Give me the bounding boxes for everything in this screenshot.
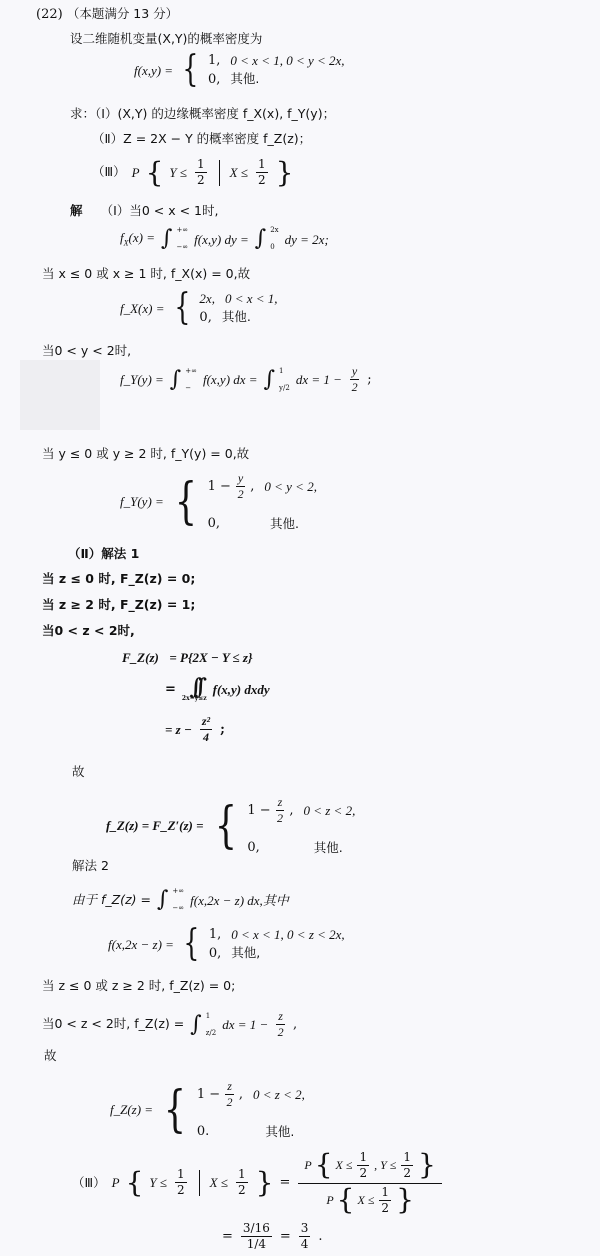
question-3: （Ⅲ） P { Y ≤ 12 X ≤ 12 } <box>92 158 293 187</box>
fraction-half: 12 <box>195 158 207 187</box>
case-condition: 其他. <box>230 73 259 86</box>
problem-header: (22) （本题满分 13 分） <box>36 8 178 21</box>
score-note: （本题满分 13 分） <box>67 6 178 21</box>
therefore-2: 故 <box>44 1050 57 1063</box>
part3-result: = 3/161/4 = 34 . <box>222 1222 323 1251</box>
part1-condition: （Ⅰ）当0 < x < 1时, <box>101 203 219 218</box>
cdf-line-3: = z − z²4 ; <box>165 715 225 744</box>
therefore-1: 故 <box>72 766 85 779</box>
fy-condition: 当0 < y < 2时, <box>42 345 131 358</box>
method2-else: 当 z ≤ 0 或 z ≥ 2 时, f_Z(z) = 0; <box>42 980 235 993</box>
scan-shading <box>20 360 100 430</box>
part3-conditional: （Ⅲ） P { Y ≤ 12 X ≤ 12 } = P{ X ≤ 12 , Y … <box>72 1150 444 1216</box>
fz-result-method2: f_Z(z) = { 1 −z2, 0 < z < 2, 0.其他. <box>110 1080 305 1138</box>
fz-result-method1: f_Z(z) = F_Z′(z) = { 1 −z2, 0 < z < 2, 0… <box>106 796 355 854</box>
problem-number: (22) <box>36 7 63 22</box>
condition-right: X ≤ <box>230 166 248 179</box>
integral-sign: ∫ <box>161 228 172 250</box>
integral-sign: ∫ <box>264 369 275 391</box>
integral-sign: ∫ <box>170 369 181 391</box>
integral-sign: ∫ <box>190 1014 201 1036</box>
case-value: 1, <box>208 54 220 67</box>
joint-pdf-lhs: f(x,y) = <box>134 64 173 77</box>
case-value: 0, <box>208 73 220 86</box>
left-brace: { <box>183 52 199 88</box>
prob-symbol: P <box>132 166 140 179</box>
ask-prefix: 求： <box>70 106 95 121</box>
integral-sign: ∫ <box>157 889 168 911</box>
method2-joint: f(x,2x − z) = { 1,0 < x < 1, 0 < z < 2x,… <box>108 926 345 962</box>
fx-result: f_X(x) = { 2x,0 < x < 1, 0,其他. <box>120 290 278 326</box>
cdf-line-2: = ∫∫2x−y≤z f(x,y) dxdy <box>165 676 270 702</box>
solution-label: 解 <box>70 203 83 218</box>
conditional-ratio: P{ X ≤ 12 , Y ≤ 12 } P{ X ≤ 12 } <box>298 1150 441 1216</box>
integral-sign: ∫ <box>255 228 266 250</box>
method2-mid: 当0 < z < 2时, f_Z(z) = ∫ 1z/2 dx = 1 − z2… <box>42 1010 297 1039</box>
problem-intro: 设二维随机变量(X,Y)的概率密度为 <box>70 33 262 46</box>
method2-convolution: 由于 f_Z(z) = ∫ +∞−∞ f(x,2x − z) dx,其中 <box>72 888 289 912</box>
left-brace: { <box>174 290 190 326</box>
left-brace: { <box>175 476 197 526</box>
left-brace: { <box>146 159 164 187</box>
condition-left: Y ≤ <box>169 166 187 179</box>
fy-result: f_Y(y) = { 1 −y2, 0 < y < 2, 0,其他. <box>120 472 317 530</box>
joint-pdf-definition: f(x,y) = { 1,0 < x < 1, 0 < y < 2x, 0,其他… <box>134 52 345 88</box>
solution-part1-heading: 解 （Ⅰ）当0 < x < 1时, <box>70 205 218 218</box>
left-brace: { <box>214 800 236 850</box>
case-z-mid: 当0 < z < 2时, <box>42 625 135 638</box>
case-condition: 0 < x < 1, 0 < y < 2x, <box>230 54 344 67</box>
question-3-label: （Ⅲ） <box>92 166 126 179</box>
method2-heading: 解法 2 <box>72 860 109 873</box>
given-bar <box>219 160 220 186</box>
method1-heading: （Ⅱ）解法 1 <box>68 548 139 561</box>
fx-else-case: 当 x ≤ 0 或 x ≥ 1 时, f_X(x) = 0,故 <box>42 268 250 281</box>
question-2: （Ⅱ）Z = 2X − Y 的概率密度 f_Z(z)； <box>92 133 311 146</box>
right-brace: } <box>276 159 294 187</box>
fraction-half: 12 <box>256 158 268 187</box>
case-z-le-0: 当 z ≤ 0 时, F_Z(z) = 0; <box>42 573 195 586</box>
case-z-ge-2: 当 z ≥ 2 时, F_Z(z) = 1; <box>42 599 195 612</box>
question-1: 求：（Ⅰ）(X,Y) 的边缘概率密度 f_X(x), f_Y(y)； <box>70 108 335 121</box>
fy-integral: f_Y(y) = ∫ +∞− f(x,y) dx = ∫ 1y/2 dx = 1… <box>120 365 372 394</box>
cdf-line-1: F_Z(z) = P{2X − Y ≤ z} <box>122 651 253 665</box>
fx-integral: fX(x) = ∫ +∞−∞ f(x,y) dy = ∫ 2x0 dy = 2x… <box>120 227 329 251</box>
question-1-text: （Ⅰ）(X,Y) 的边缘概率密度 f_X(x), f_Y(y)； <box>95 106 335 121</box>
left-brace: { <box>164 1084 186 1134</box>
fy-else-case: 当 y ≤ 0 或 y ≥ 2 时, f_Y(y) = 0,故 <box>42 448 249 461</box>
given-bar <box>199 1170 200 1196</box>
left-brace: { <box>183 926 199 962</box>
